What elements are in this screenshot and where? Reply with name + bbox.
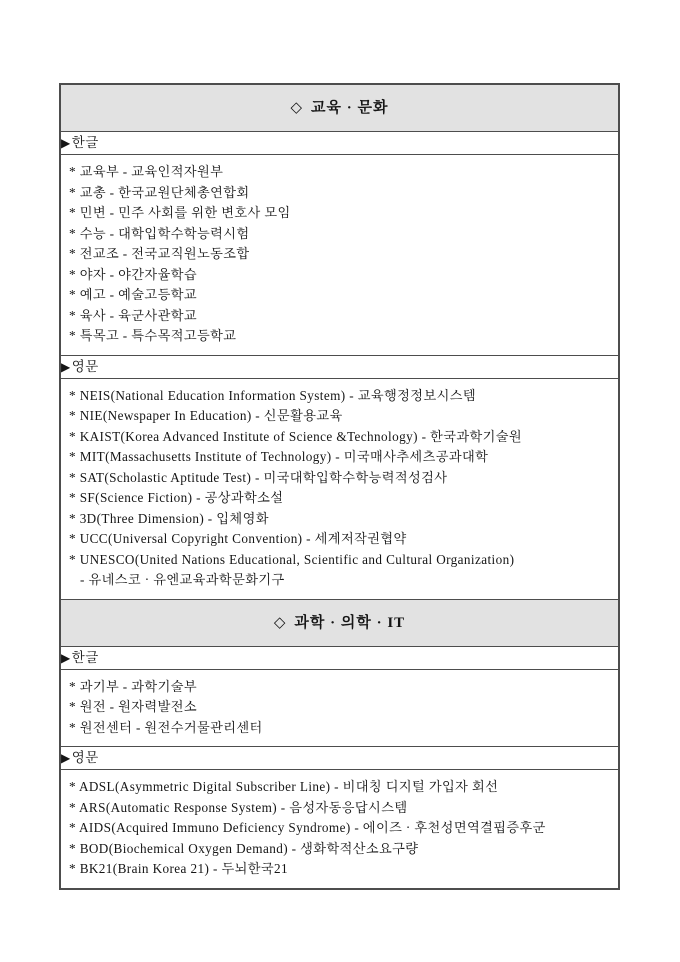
section-title: ◇과학 · 의학 · IT: [61, 600, 618, 647]
group-label-hangul: ▶한글: [61, 132, 618, 155]
group-label-english: ▶영문: [61, 747, 618, 770]
glossary-item: * KAIST(Korea Advanced Institute of Scie…: [61, 427, 618, 448]
section-title-text: 교육 · 문화: [311, 100, 388, 116]
glossary-item: * 3D(Three Dimension) - 입체영화: [61, 509, 618, 530]
group-label-english: ▶영문: [61, 356, 618, 379]
section-education-culture: ◇교육 · 문화 ▶한글 * 교육부 - 교육인적자원부* 교총 - 한국교원단…: [61, 85, 618, 600]
glossary-item: * 전교조 - 전국교직원노동조합: [61, 244, 618, 265]
group-label-text: 영문: [72, 359, 99, 374]
glossary-item: * 교총 - 한국교원단체총연합회: [61, 183, 618, 204]
glossary-item: * NIE(Newspaper In Education) - 신문활용교육: [61, 406, 618, 427]
group-english: ▶영문 * NEIS(National Education Informatio…: [61, 356, 618, 600]
glossary-item: * 원전센터 - 원전수거물관리센터: [61, 718, 618, 739]
section-title-text: 과학 · 의학 · IT: [294, 615, 405, 631]
glossary-item: * SF(Science Fiction) - 공상과학소설: [61, 488, 618, 509]
document-page: ◇교육 · 문화 ▶한글 * 교육부 - 교육인적자원부* 교총 - 한국교원단…: [0, 0, 680, 962]
glossary-item: * UNESCO(United Nations Educational, Sci…: [61, 550, 618, 571]
group-label-text: 영문: [72, 750, 99, 765]
glossary-item: * 교육부 - 교육인적자원부: [61, 162, 618, 183]
group-hangul: ▶한글 * 과기부 - 과학기술부* 원전 - 원자력발전소* 원전센터 - 원…: [61, 647, 618, 748]
group-english: ▶영문 * ADSL(Asymmetric Digital Subscriber…: [61, 747, 618, 888]
glossary-item: * 원전 - 원자력발전소: [61, 697, 618, 718]
glossary-item: - 유네스코 · 유엔교육과학문화기구: [61, 570, 618, 591]
item-list-english: * ADSL(Asymmetric Digital Subscriber Lin…: [61, 770, 618, 888]
group-label-hangul: ▶한글: [61, 647, 618, 670]
group-label-text: 한글: [72, 650, 99, 665]
item-list-english: * NEIS(National Education Information Sy…: [61, 379, 618, 600]
glossary-item: * 민변 - 민주 사회를 위한 변호사 모임: [61, 203, 618, 224]
group-hangul: ▶한글 * 교육부 - 교육인적자원부* 교총 - 한국교원단체총연합회* 민변…: [61, 132, 618, 356]
group-label-text: 한글: [72, 135, 99, 150]
glossary-item: * NEIS(National Education Information Sy…: [61, 386, 618, 407]
glossary-item: * BOD(Biochemical Oxygen Demand) - 생화학적산…: [61, 839, 618, 860]
glossary-item: * ADSL(Asymmetric Digital Subscriber Lin…: [61, 777, 618, 798]
triangle-right-icon: ▶: [61, 360, 71, 374]
item-list-hangul: * 과기부 - 과학기술부* 원전 - 원자력발전소* 원전센터 - 원전수거물…: [61, 670, 618, 748]
glossary-item: * AIDS(Acquired Immuno Deficiency Syndro…: [61, 818, 618, 839]
diamond-icon: ◇: [290, 100, 303, 116]
section-title: ◇교육 · 문화: [61, 85, 618, 132]
glossary-item: * 과기부 - 과학기술부: [61, 677, 618, 698]
glossary-item: * 예고 - 예술고등학교: [61, 285, 618, 306]
glossary-item: * 특목고 - 특수목적고등학교: [61, 326, 618, 347]
glossary-item: * 야자 - 야간자율학습: [61, 265, 618, 286]
item-list-hangul: * 교육부 - 교육인적자원부* 교총 - 한국교원단체총연합회* 민변 - 민…: [61, 155, 618, 356]
glossary-item: * UCC(Universal Copyright Convention) - …: [61, 529, 618, 550]
glossary-item: * ARS(Automatic Response System) - 음성자동응…: [61, 798, 618, 819]
glossary-item: * MIT(Massachusetts Institute of Technol…: [61, 447, 618, 468]
glossary-table: ◇교육 · 문화 ▶한글 * 교육부 - 교육인적자원부* 교총 - 한국교원단…: [59, 83, 620, 890]
triangle-right-icon: ▶: [61, 751, 71, 765]
glossary-item: * 육사 - 육군사관학교: [61, 306, 618, 327]
triangle-right-icon: ▶: [61, 651, 71, 665]
glossary-item: * 수능 - 대학입학수학능력시험: [61, 224, 618, 245]
glossary-item: * SAT(Scholastic Aptitude Test) - 미국대학입학…: [61, 468, 618, 489]
section-science-medicine-it: ◇과학 · 의학 · IT ▶한글 * 과기부 - 과학기술부* 원전 - 원자…: [61, 600, 618, 888]
triangle-right-icon: ▶: [61, 136, 71, 150]
diamond-icon: ◇: [274, 615, 287, 631]
glossary-item: * BK21(Brain Korea 21) - 두뇌한국21: [61, 859, 618, 880]
